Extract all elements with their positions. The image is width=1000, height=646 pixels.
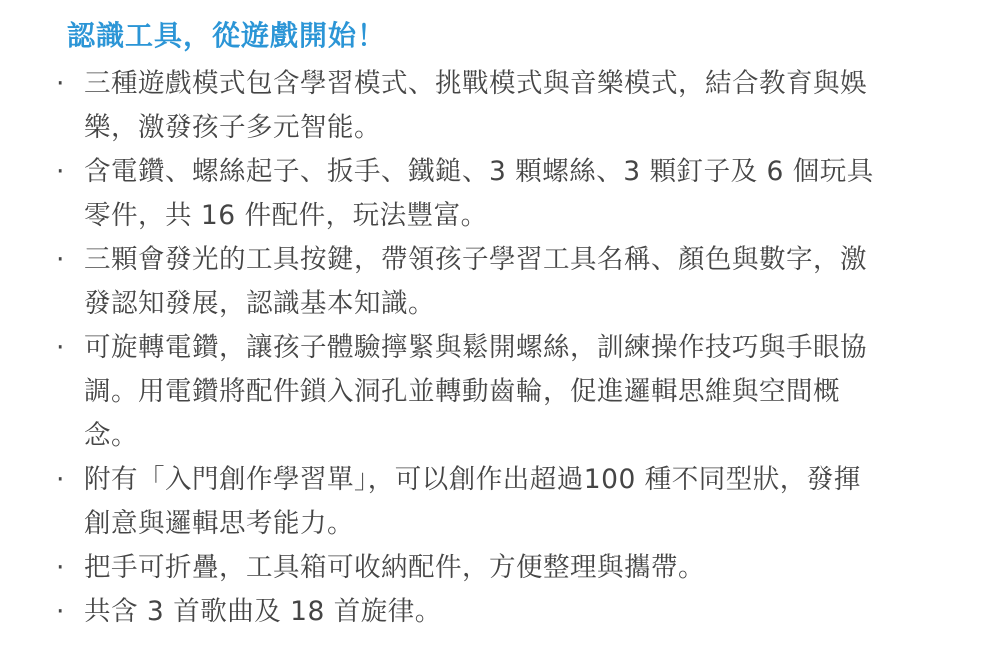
- feature-item-accessories: · 含電鑽、螺絲起子、扳手、鐵鎚、3 顆螺絲、3 顆釘子及 6 個玩具 零件，共…: [56, 150, 976, 238]
- bullet-icon: ·: [56, 590, 84, 634]
- feature-text-line: 零件，共 16 件配件，玩法豐富。: [84, 194, 976, 238]
- feature-text-line: 附有「入門創作學習單」，可以創作出超過100 種不同型狀，發揮: [84, 458, 976, 502]
- bullet-icon: ·: [56, 326, 84, 370]
- feature-text-line: 三顆會發光的工具按鍵，帶領孩子學習工具名稱、顏色與數字，激: [84, 238, 976, 282]
- feature-text-line: 樂，激發孩子多元智能。: [84, 106, 976, 150]
- feature-text-line: 發認知發展，認識基本知識。: [84, 282, 976, 326]
- feature-list: · 三種遊戲模式包含學習模式、挑戰模式與音樂模式，結合教育與娛 樂，激發孩子多元…: [56, 62, 976, 634]
- feature-text-line: 三種遊戲模式包含學習模式、挑戰模式與音樂模式，結合教育與娛: [84, 62, 976, 106]
- feature-text-line: 含電鑽、螺絲起子、扳手、鐵鎚、3 顆螺絲、3 顆釘子及 6 個玩具: [84, 150, 976, 194]
- feature-item-foldable-handle: · 把手可折疊，工具箱可收納配件，方便整理與攜帶。: [56, 546, 976, 590]
- feature-text-line: 把手可折疊，工具箱可收納配件，方便整理與攜帶。: [84, 546, 976, 590]
- feature-text-line: 可旋轉電鑽，讓孩子體驗擰緊與鬆開螺絲，訓練操作技巧與手眼協: [84, 326, 976, 370]
- feature-item-songs: · 共含 3 首歌曲及 18 首旋律。: [56, 590, 976, 634]
- feature-text-line: 念。: [84, 414, 976, 458]
- feature-item-rotating-drill: · 可旋轉電鑽，讓孩子體驗擰緊與鬆開螺絲，訓練操作技巧與手眼協 調。用電鑽將配件…: [56, 326, 976, 458]
- feature-text-line: 調。用電鑽將配件鎖入洞孔並轉動齒輪，促進邏輯思維與空間概: [84, 370, 976, 414]
- feature-item-light-buttons: · 三顆會發光的工具按鍵，帶領孩子學習工具名稱、顏色與數字，激 發認知發展，認識…: [56, 238, 976, 326]
- feature-item-modes: · 三種遊戲模式包含學習模式、挑戰模式與音樂模式，結合教育與娛 樂，激發孩子多元…: [56, 62, 976, 150]
- bullet-icon: ·: [56, 62, 84, 106]
- feature-item-worksheet: · 附有「入門創作學習單」，可以創作出超過100 種不同型狀，發揮 創意與邏輯思…: [56, 458, 976, 546]
- bullet-icon: ·: [56, 458, 84, 502]
- section-title: 認識工具，從遊戲開始！: [67, 14, 386, 58]
- bullet-icon: ·: [56, 150, 84, 194]
- bullet-icon: ·: [56, 238, 84, 282]
- feature-text-line: 共含 3 首歌曲及 18 首旋律。: [84, 590, 976, 634]
- bullet-icon: ·: [56, 546, 84, 590]
- feature-text-line: 創意與邏輯思考能力。: [84, 502, 976, 546]
